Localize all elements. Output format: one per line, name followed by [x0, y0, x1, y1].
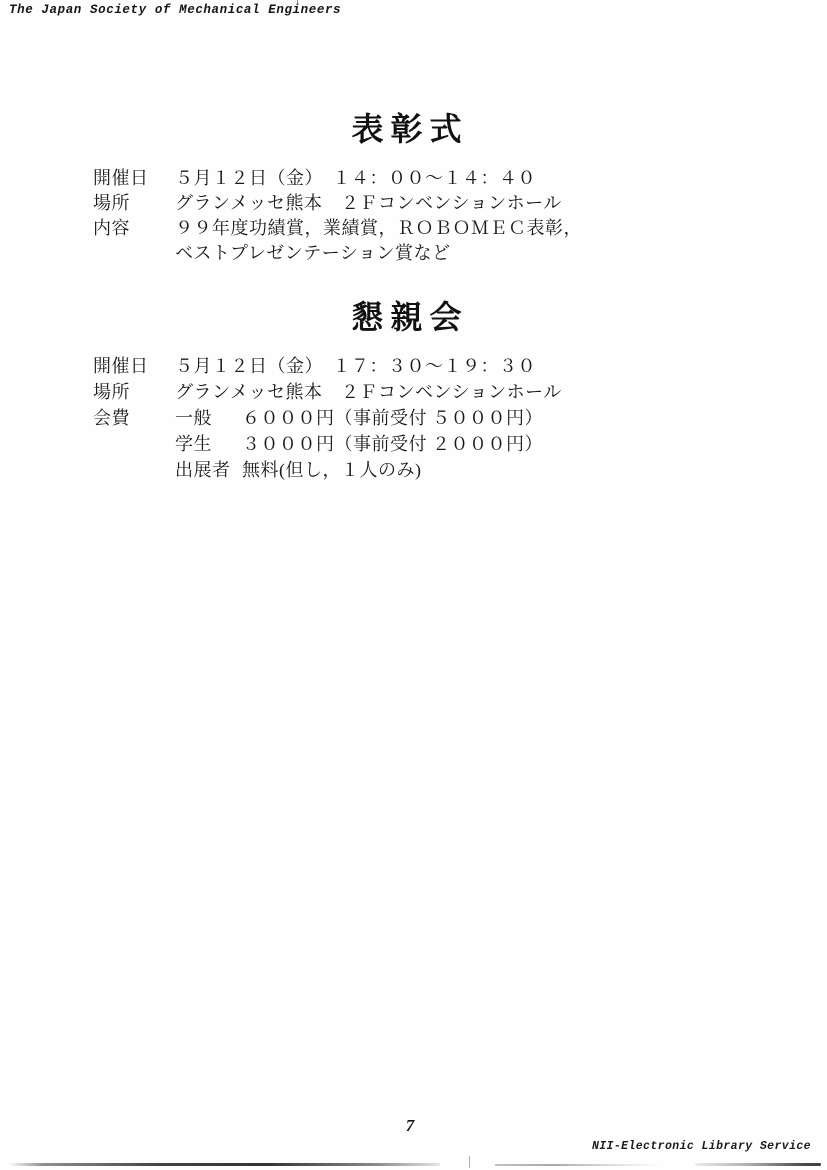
detail-row-fee-student: 学生 ３０００円（事前受付 ２０００円） [93, 431, 787, 457]
detail-label: 場所 [93, 379, 175, 405]
detail-row-fee-general: 会費 一般 ６０００円（事前受付 ５０００円） [93, 405, 787, 431]
detail-value: ベストプレゼンテーション賞など [175, 241, 451, 266]
fee-amount: ３０００円（事前受付 ２０００円） [242, 431, 543, 457]
scan-artifact-line-right [695, 1163, 821, 1166]
detail-row-date: 開催日 ５月１２日（金） １７：３０～１９：３０ [93, 353, 787, 379]
detail-row-content: 内容 ９９年度功績賞，業績賞，ＲＯＢＯＭＥＣ表彰， [93, 216, 787, 241]
scan-artifact-line-middle [495, 1164, 660, 1166]
detail-value: ９９年度功績賞，業績賞，ＲＯＢＯＭＥＣ表彰， [175, 216, 582, 241]
detail-label: 内容 [93, 216, 175, 241]
detail-label: 開催日 [93, 166, 175, 191]
scan-artifact-top-tick [297, 0, 298, 4]
detail-row-place: 場所 グランメッセ熊本 ２Ｆコンベンションホール [93, 191, 787, 216]
fee-category: 学生 [175, 431, 242, 457]
scan-footer-text: NII-Electronic Library Service [592, 1140, 811, 1153]
detail-value: グランメッセ熊本 ２Ｆコンベンションホール [175, 191, 562, 216]
detail-label: 開催日 [93, 353, 175, 379]
scan-header-text: The Japan Society of Mechanical Engineer… [9, 3, 341, 17]
award-ceremony-details: 開催日 ５月１２日（金） １４：００～１４：４０ 場所 グランメッセ熊本 ２Ｆコ… [93, 166, 787, 266]
detail-label [93, 457, 175, 483]
detail-value: グランメッセ熊本 ２Ｆコンベンションホール [175, 379, 562, 405]
detail-label [93, 431, 175, 457]
fee-amount: 無料(但し，１人のみ) [242, 457, 422, 483]
reception-details: 開催日 ５月１２日（金） １７：３０～１９：３０ 場所 グランメッセ熊本 ２Ｆコ… [93, 353, 787, 483]
fee-category: 一般 [175, 405, 242, 431]
detail-row-place: 場所 グランメッセ熊本 ２Ｆコンベンションホール [93, 379, 787, 405]
detail-label: 場所 [93, 191, 175, 216]
scanned-document-page: The Japan Society of Mechanical Engineer… [0, 0, 827, 1170]
scan-artifact-vertical-tick [469, 1156, 470, 1168]
detail-value: ５月１２日（金） １７：３０～１９：３０ [175, 353, 536, 379]
scan-artifact-line-left [8, 1163, 440, 1166]
fee-category: 出展者 [175, 457, 242, 483]
detail-row-fee-exhibitor: 出展者 無料(但し，１人のみ) [93, 457, 787, 483]
detail-label: 会費 [93, 405, 175, 431]
detail-row-date: 開催日 ５月１２日（金） １４：００～１４：４０ [93, 166, 787, 191]
section-title-reception: 懇親会 [0, 300, 820, 334]
fee-amount: ６０００円（事前受付 ５０００円） [242, 405, 543, 431]
detail-value: ５月１２日（金） １４：００～１４：４０ [175, 166, 536, 191]
detail-label [93, 241, 175, 266]
section-title-award-ceremony: 表彰式 [0, 112, 820, 146]
page-number: 7 [0, 1116, 820, 1136]
detail-row-content-cont: ベストプレゼンテーション賞など [93, 241, 787, 266]
